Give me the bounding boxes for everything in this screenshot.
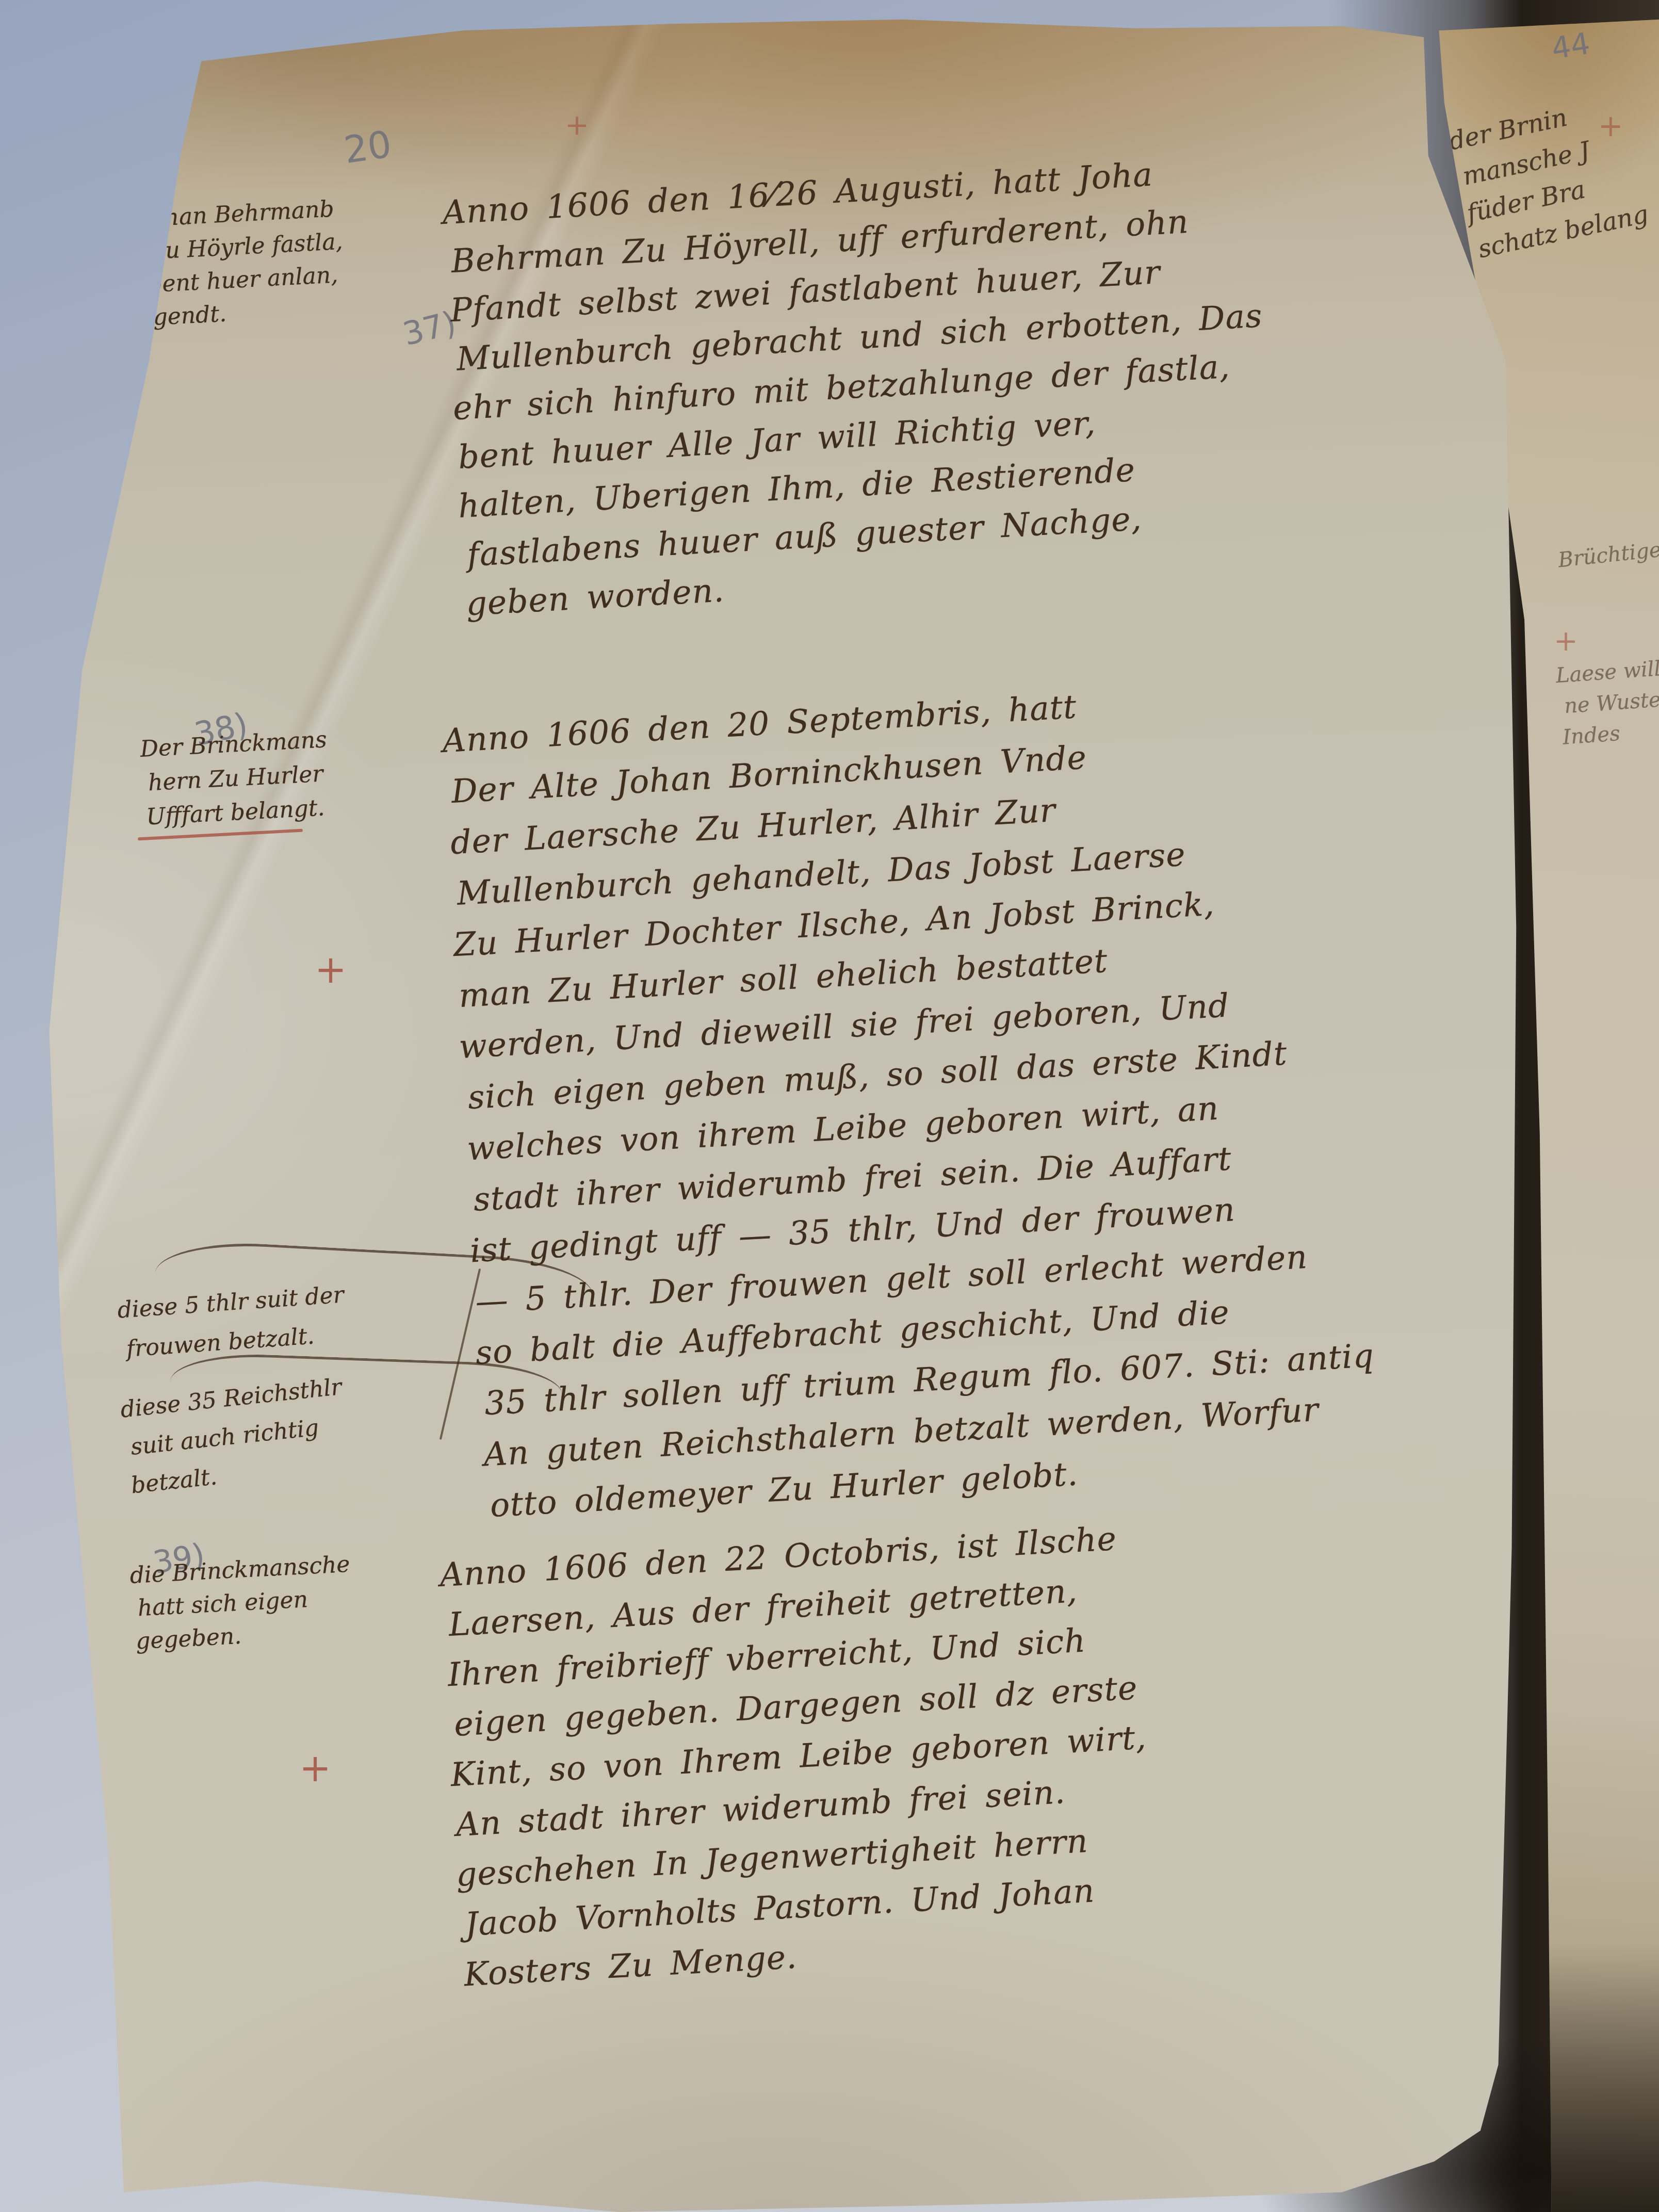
- entry38-side-note-2: diese 35 Reichsthlrsuit auch richtigbetz…: [119, 1368, 352, 1505]
- next-page-folio-number: 44: [1549, 26, 1592, 67]
- folio-number: 20: [341, 122, 394, 172]
- entry37-margin-note: Johan BehrmanbZu Höyrle fastla,bent huer…: [141, 192, 341, 334]
- manuscript-page: 20 + Johan BehrmanbZu Höyrle fastla,bent…: [28, 13, 1519, 2212]
- entry37-body-text: Anno 1606 den 16⁄26 Augusti, hatt JohaBe…: [441, 144, 1271, 628]
- red-cross-mark: +: [1554, 624, 1578, 658]
- entry39-margin-note: die Brinckmanschehatt sich eigengegeben.: [129, 1548, 354, 1658]
- next-page-margin-note: der Brninmansche Jfüder Braschatz belang: [1445, 88, 1646, 269]
- entry38-margin-note: Der Brinckmanshern Zu HurlerUfffart bela…: [139, 723, 331, 835]
- next-page-faint-word: Brüchtiger: [1556, 533, 1659, 576]
- photograph-of-manuscript: { "colors": { "ink": "#3f2d1e", "pencil_…: [0, 0, 1659, 2212]
- red-cross-mark: +: [299, 1746, 331, 1791]
- entry38-body-text: Anno 1606 den 20 Septembris, hattDer Alt…: [441, 668, 1375, 1532]
- entry39-body-text: Anno 1606 den 22 Octobris, ist IlscheLae…: [438, 1512, 1159, 2000]
- next-page-faint-note: Laese willne WusterIndes: [1555, 653, 1659, 753]
- red-cross-mark: +: [315, 948, 347, 992]
- red-cross-mark: +: [565, 108, 589, 142]
